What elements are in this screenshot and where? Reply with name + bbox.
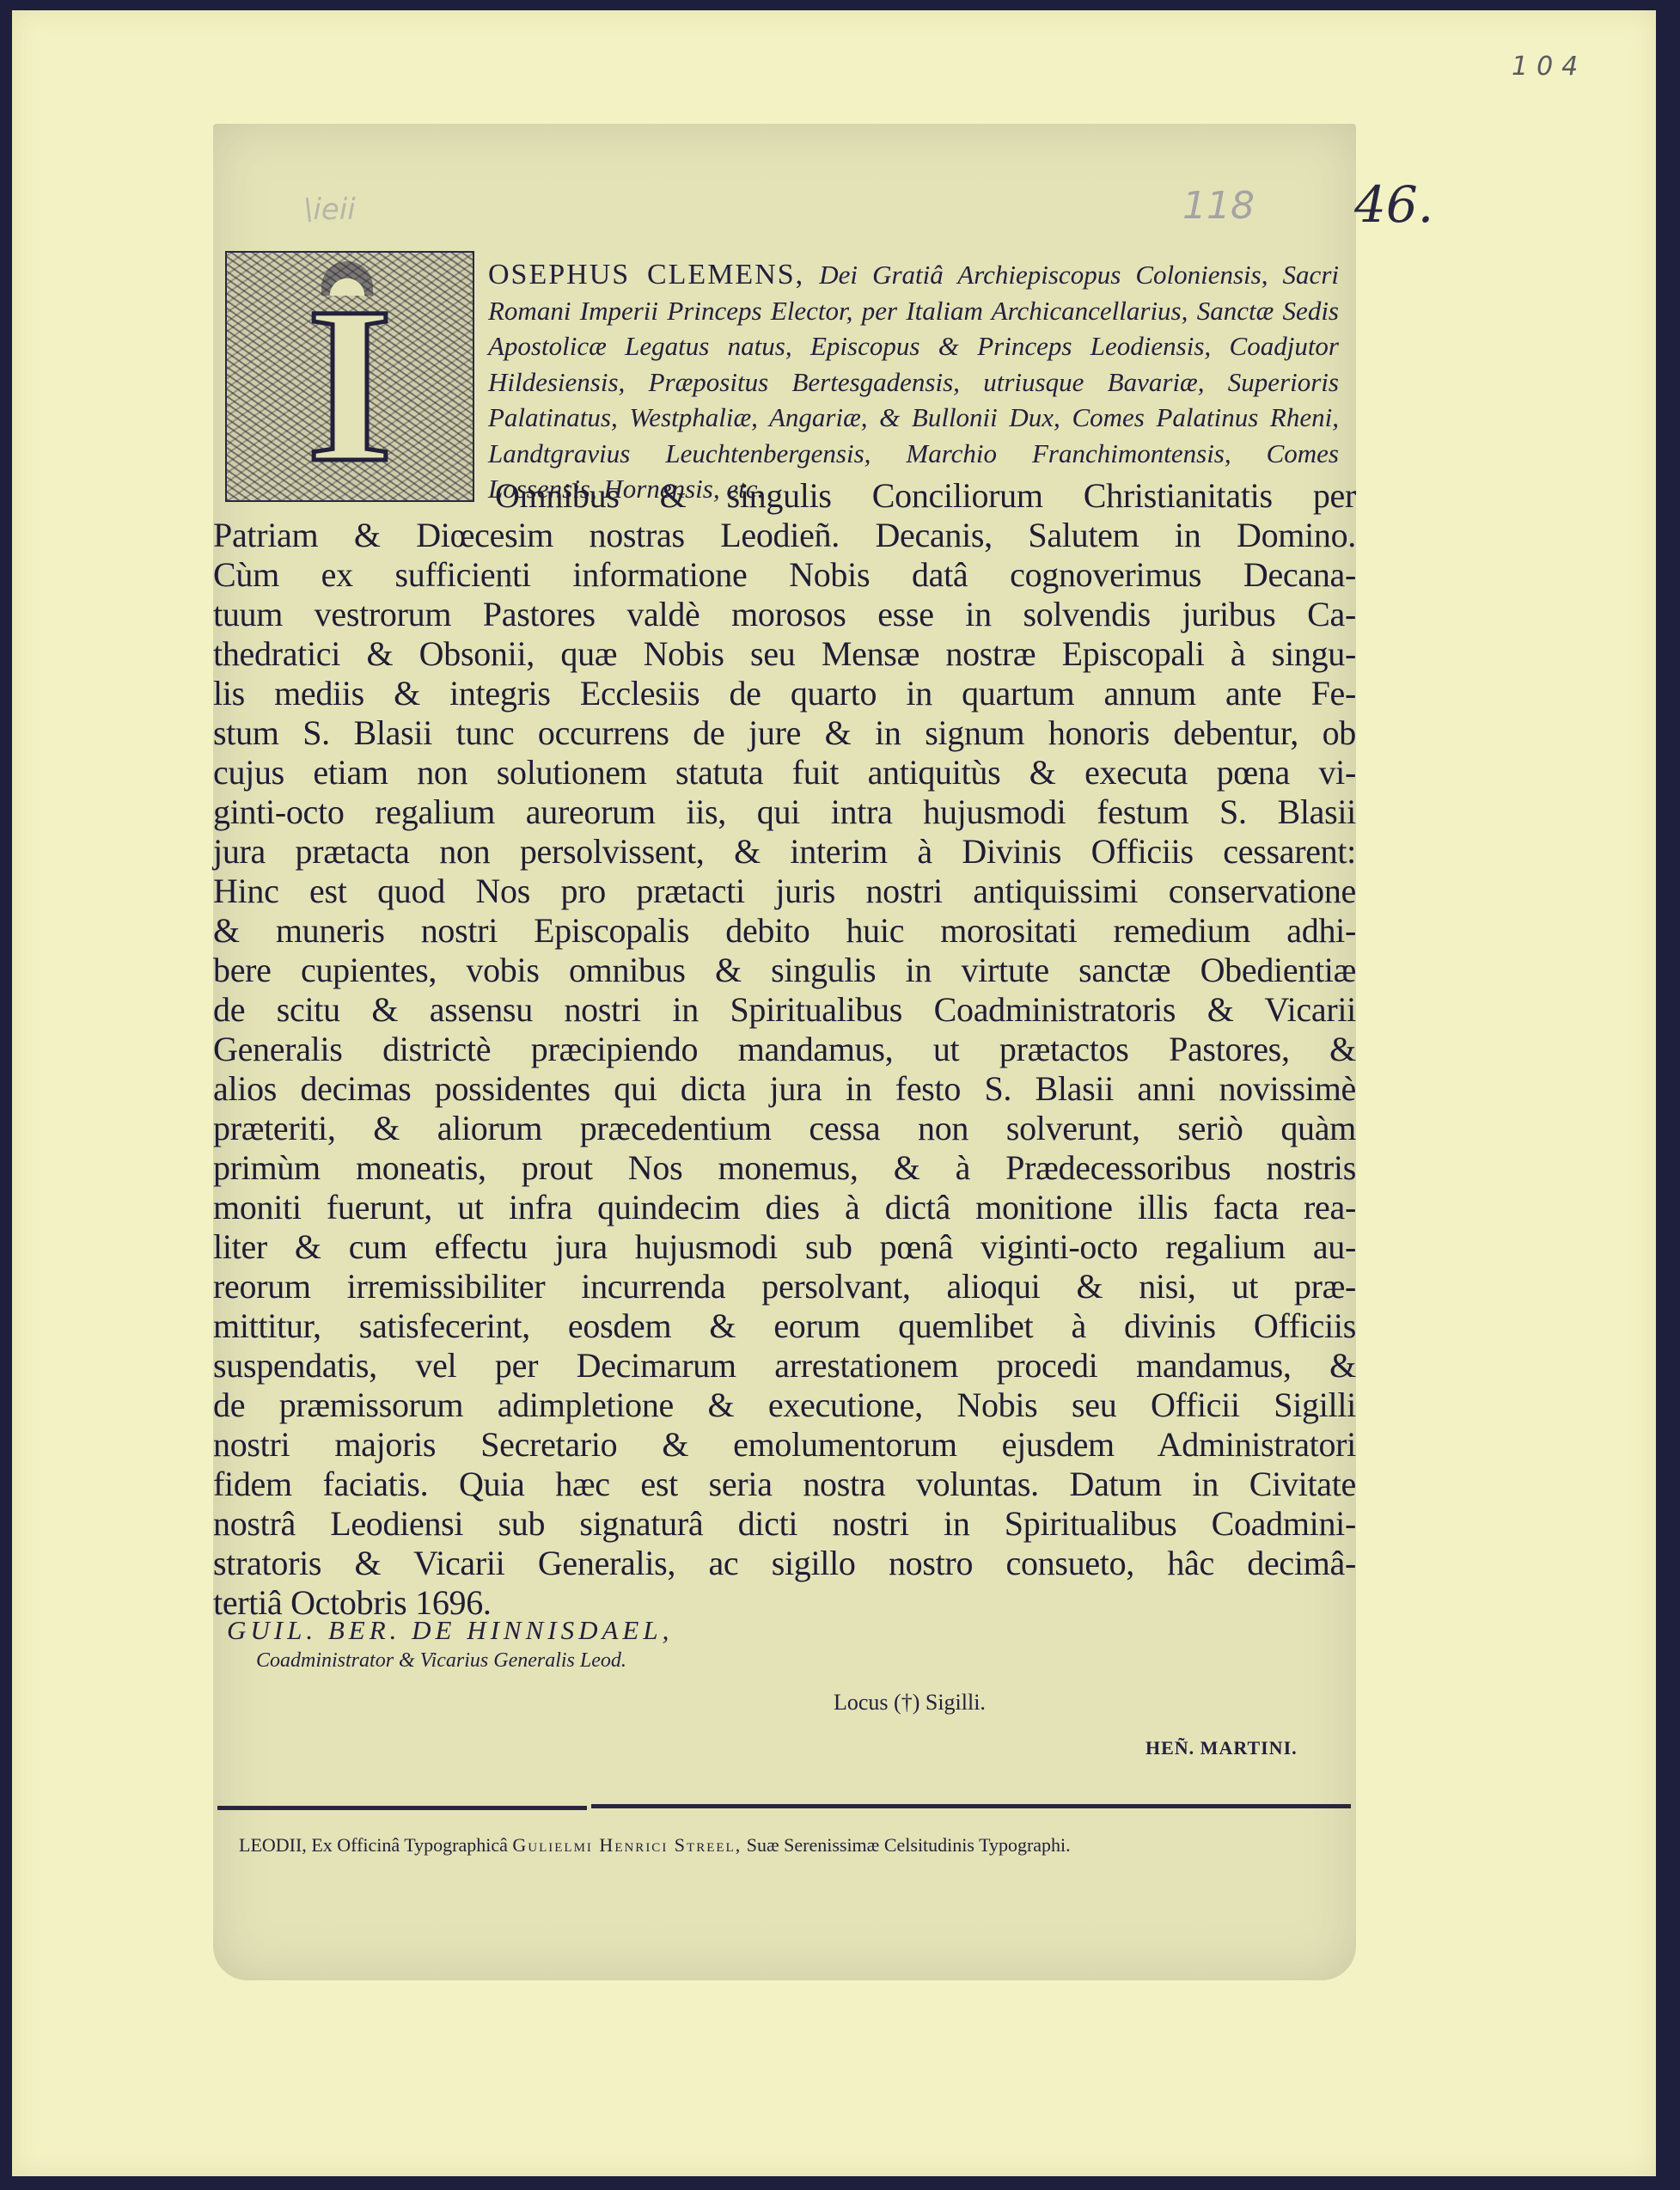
body-line: & muneris nostri Episcopalis debito huic… <box>213 911 1356 951</box>
body-line: ginti-octo regalium aureorum iis, qui in… <box>213 792 1356 832</box>
body-line: jura prætacta non persolvissent, & inter… <box>213 832 1356 872</box>
body-line: Hinc est quod Nos pro prætacti juris nos… <box>213 872 1356 911</box>
body-line: fidem faciatis. Quia hæc est seria nostr… <box>213 1465 1356 1504</box>
body-line: bere cupientes, vobis omnibus & singulis… <box>213 951 1356 990</box>
body-line: Patriam & Diœcesim nostras Leodieñ. Deca… <box>213 516 1356 555</box>
imprint-suffix: Suæ Serenissimæ Celsitudinis Typographi. <box>747 1834 1071 1856</box>
body-line: alios decimas possidentes qui dicta jura… <box>213 1069 1356 1109</box>
body-line: nostri majoris Secretario & emolumentoru… <box>213 1425 1356 1465</box>
body-line: lis mediis & integris Ecclesiis de quart… <box>213 674 1356 713</box>
printed-ordinance-leaf: \ieii 118 46. I OSEPHUS CLEMENS, Dei Gra… <box>213 124 1356 1980</box>
divider-rule <box>591 1804 1351 1808</box>
seal-location: Locus (†) Sigilli. <box>834 1690 986 1716</box>
body-line: nostrâ Leodiensi sub signaturâ dicti nos… <box>213 1504 1356 1544</box>
issuer-name: OSEPHUS CLEMENS, <box>488 259 804 291</box>
body-line: suspendatis, vel per Decimarum arrestati… <box>213 1346 1356 1386</box>
signatory-name: GUIL. BER. DE HINNISDAEL, <box>227 1615 673 1646</box>
pencil-annotation: 118 <box>1182 184 1255 228</box>
body-line: liter & cum effectu jura hujusmodi sub p… <box>213 1227 1356 1267</box>
body-line: stum S. Blasii tunc occurrens de jure & … <box>213 713 1356 753</box>
body-line: Generalis districtè præcipiendo mandamus… <box>213 1030 1356 1069</box>
body-line: primùm moneatis, prout Nos monemus, & à … <box>213 1148 1356 1188</box>
body-line: Cùm ex sufficienti informatione Nobis da… <box>213 555 1356 595</box>
imprint-place: LEODII, <box>239 1834 307 1856</box>
body-line: cujus etiam non solutionem statuta fuit … <box>213 753 1356 792</box>
printer-imprint: LEODII, Ex Officinâ Typographicâ Gulielm… <box>239 1834 1071 1857</box>
archival-mount-sheet: 104 \ieii 118 46. I OSEPHUS CLEMENS, Dei… <box>12 10 1656 2176</box>
archive-page-number: 104 <box>1512 52 1586 82</box>
body-line: præteriti, & aliorum præcedentium cessa … <box>213 1109 1356 1148</box>
imprint-printer: Gulielmi Henrici Streel, <box>512 1834 742 1856</box>
body-line: de præmissorum adimpletione & executione… <box>213 1386 1356 1425</box>
pencil-annotation: \ieii <box>303 193 356 227</box>
imprint-office: Ex Officinâ Typographicâ <box>311 1834 508 1856</box>
folio-number: 46. <box>1354 175 1433 234</box>
body-line: de scitu & assensu nostri in Spiritualib… <box>213 990 1356 1030</box>
body-line: mittitur, satisfecerint, eosdem & eorum … <box>213 1306 1356 1346</box>
body-line: stratoris & Vicarii Generalis, ac sigill… <box>213 1544 1356 1583</box>
body-line: moniti fuerunt, ut infra quindecim dies … <box>213 1188 1356 1227</box>
issuer-titles: OSEPHUS CLEMENS, Dei Gratiâ Archiepiscop… <box>488 257 1339 507</box>
body-line: Omnibus & singulis Conciliorum Christian… <box>495 476 1356 516</box>
decorated-initial-icon: I <box>225 251 474 502</box>
body-line: tuum vestrorum Pastores valdè morosos es… <box>213 595 1356 634</box>
secretary-name: HEÑ. MARTINI. <box>1145 1737 1298 1759</box>
issuer-styles: Dei Gratiâ Archiepiscopus Coloniensis, S… <box>488 260 1339 504</box>
signatory-title: Coadministrator & Vicarius Generalis Leo… <box>256 1649 626 1673</box>
initial-letter: I <box>306 273 393 497</box>
divider-rule <box>217 1806 587 1810</box>
body-line: reorum irremissibiliter incurrenda perso… <box>213 1267 1356 1306</box>
body-line: thedratici & Obsonii, quæ Nobis seu Mens… <box>213 634 1356 674</box>
